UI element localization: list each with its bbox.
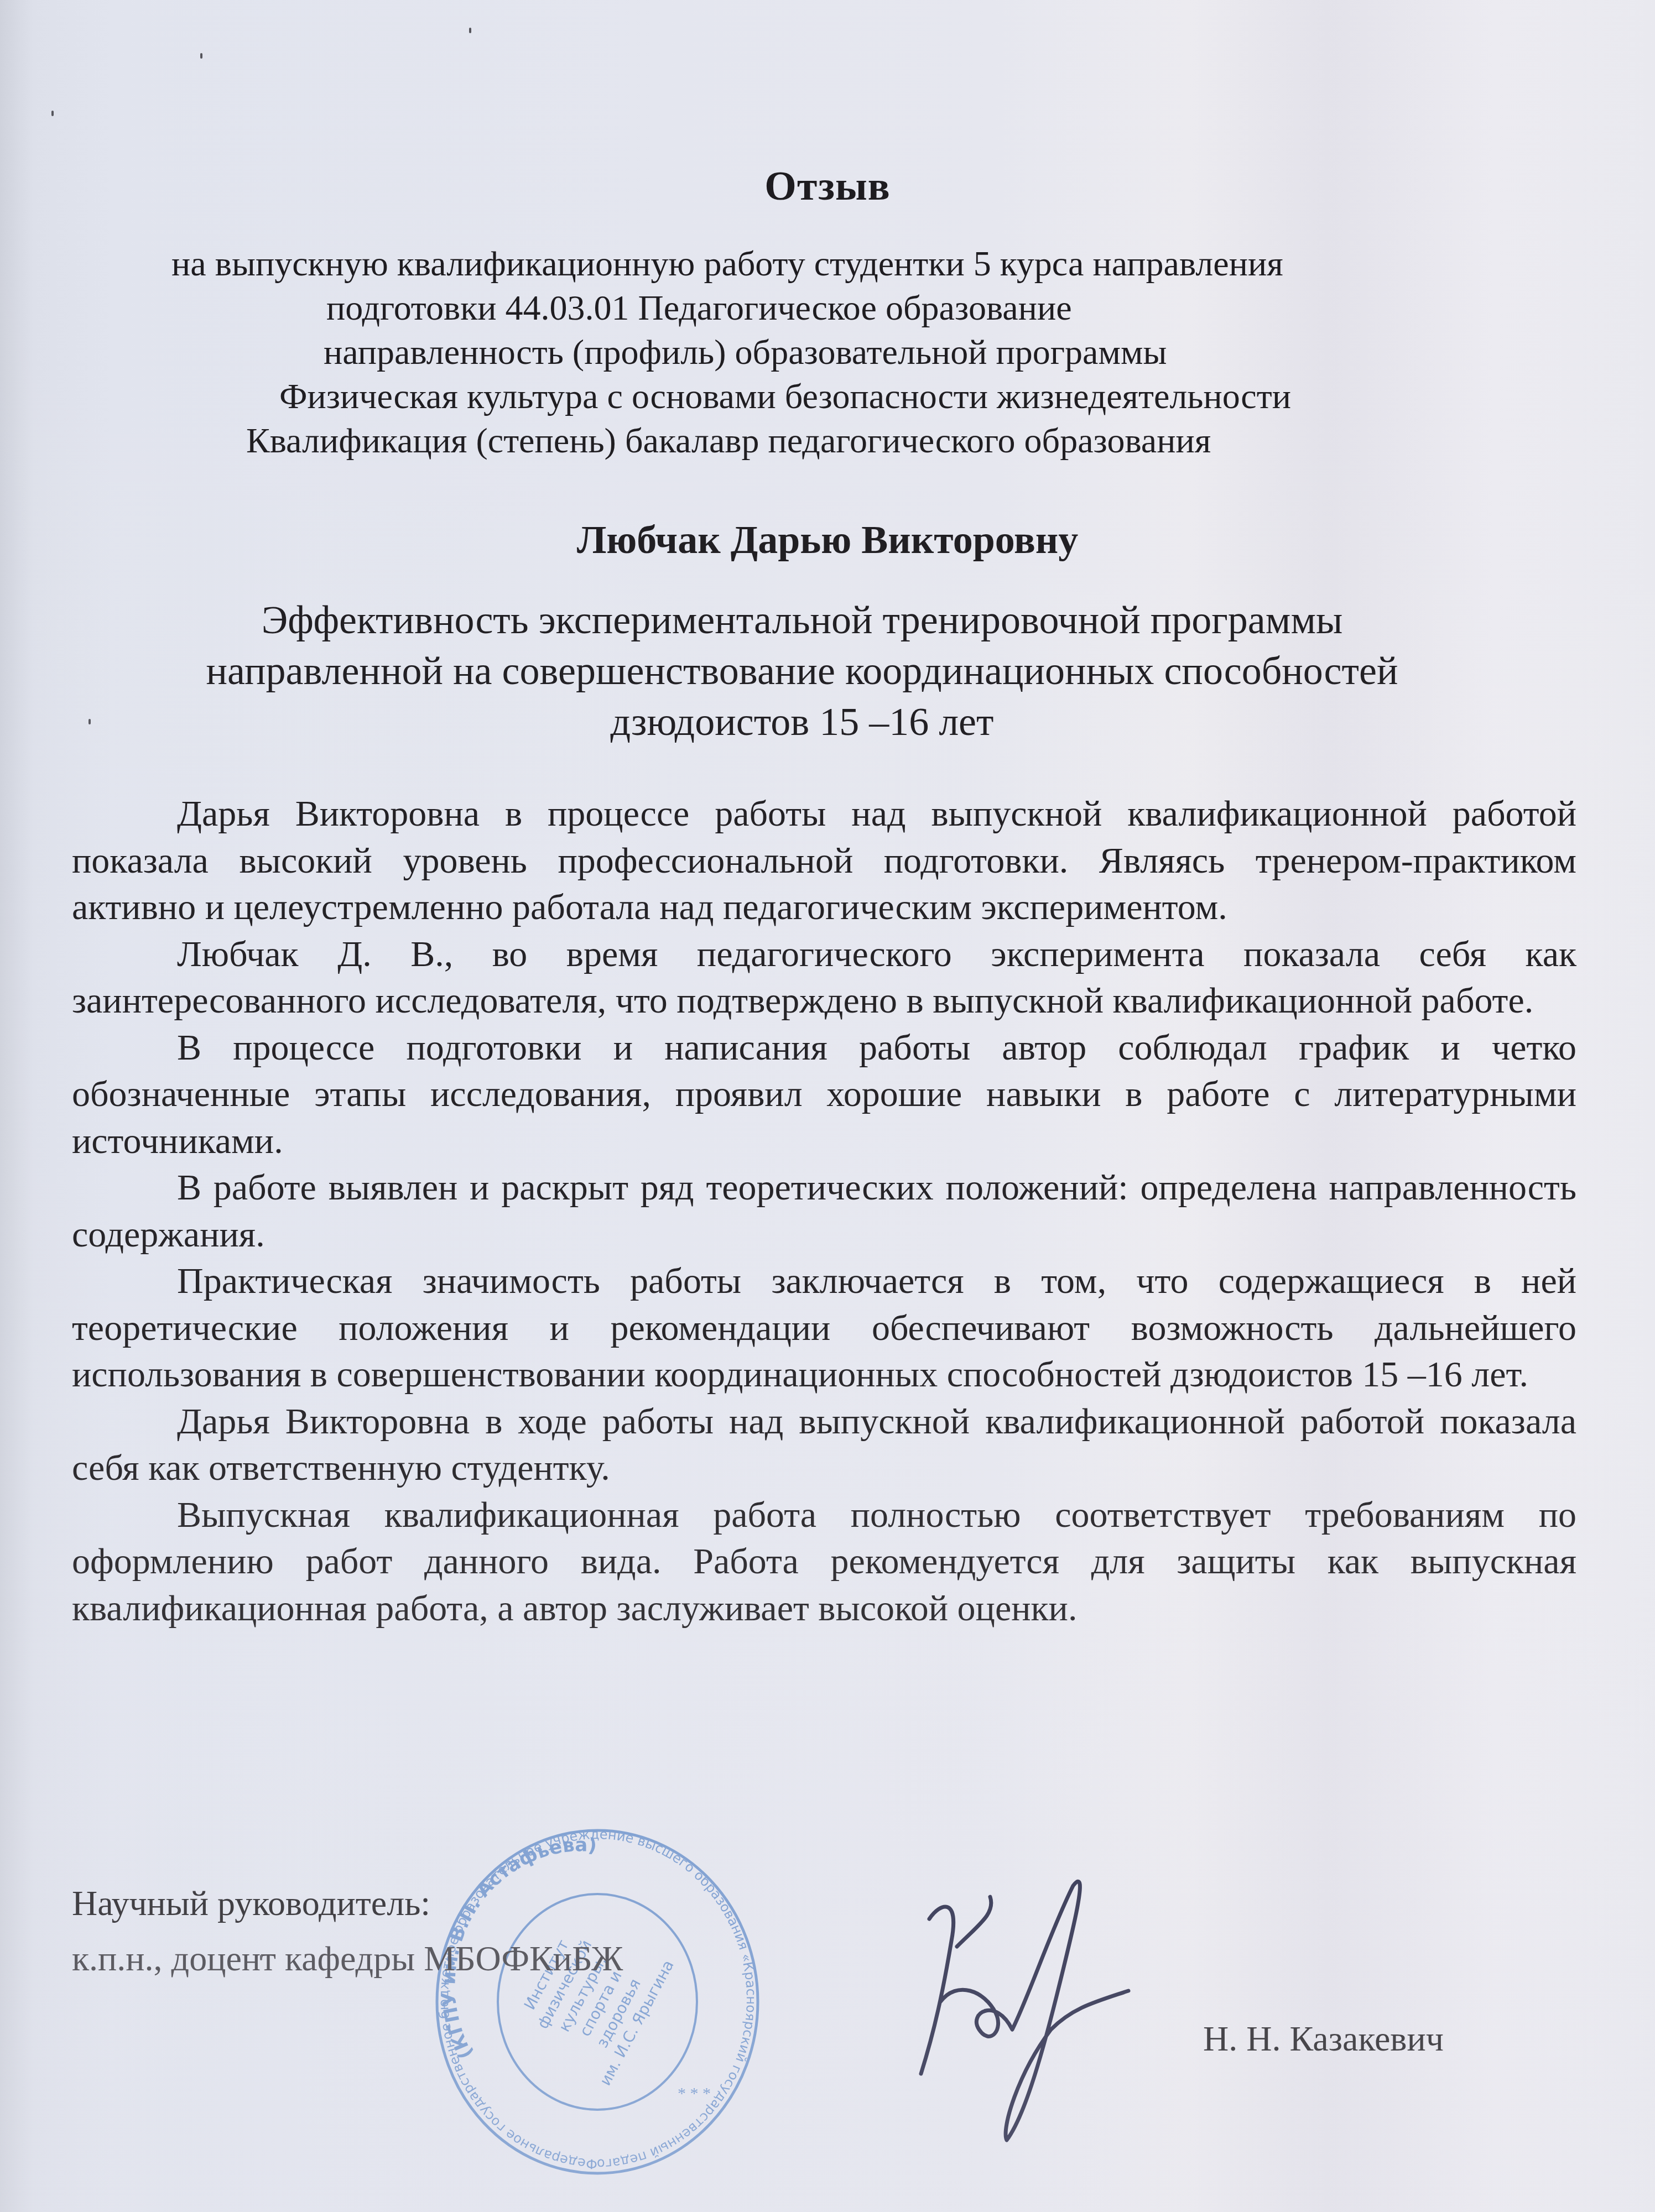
work-title: Эффективность экспериментальной трениров… (83, 594, 1521, 747)
subtitle-line-4: Физическая культура с основами безопасно… (279, 376, 1291, 417)
subtitle-line-2: подготовки 44.03.01 Педагогическое образ… (326, 288, 1072, 328)
paragraph-3: В процессе подготовки и написания работы… (72, 1025, 1576, 1165)
supervisor-name: Н. Н. Казакевич (1203, 2018, 1444, 2059)
document-title: Отзыв (0, 163, 1655, 210)
paper-speck (51, 111, 54, 116)
paper-speck (260, 1955, 262, 1960)
paragraph-4: В работе выявлен и раскрыт ряд теоретиче… (72, 1165, 1576, 1258)
paragraph-6: Дарья Викторовна в ходе работы над выпус… (72, 1399, 1576, 1492)
paragraph-7: Выпускная квалификационная работа полнос… (72, 1492, 1576, 1632)
paper-speck (469, 28, 471, 33)
work-title-line-2: направленной на совершенствование коорди… (83, 645, 1521, 696)
university-stamp-icon: Федеральное государственное бюджетное об… (429, 1822, 766, 2182)
supervisor-role-label: Научный руководитель: (72, 1883, 430, 1924)
work-title-line-1: Эффективность экспериментальной трениров… (83, 594, 1521, 645)
student-name: Любчак Дарью Викторовну (0, 517, 1655, 563)
handwritten-signature-icon (907, 1864, 1139, 2151)
scanned-document-page: Отзыв на выпускную квалификационную рабо… (0, 0, 1655, 2212)
paper-speck (200, 53, 202, 59)
paragraph-5: Практическая значимость работы заключает… (72, 1258, 1576, 1399)
subtitle-line-1: на выпускную квалификационную работу сту… (171, 243, 1283, 284)
svg-text:* * *: * * * (678, 2084, 711, 2103)
subtitle-line-3: направленность (профиль) образовательной… (324, 332, 1167, 373)
review-body: Дарья Викторовна в процессе работы над в… (72, 791, 1576, 1632)
work-title-line-3: дзюдоистов 15 –16 лет (83, 696, 1521, 747)
supervisor-position: к.п.н., доцент кафедры МБОФКиБЖ (72, 1938, 623, 1979)
subtitle-line-5: Квалификация (степень) бакалавр педагоги… (246, 420, 1211, 461)
paragraph-2: Любчак Д. В., во время педагогического э… (72, 931, 1576, 1025)
paper-speck (89, 719, 91, 724)
paragraph-1: Дарья Викторовна в процессе работы над в… (72, 791, 1576, 931)
